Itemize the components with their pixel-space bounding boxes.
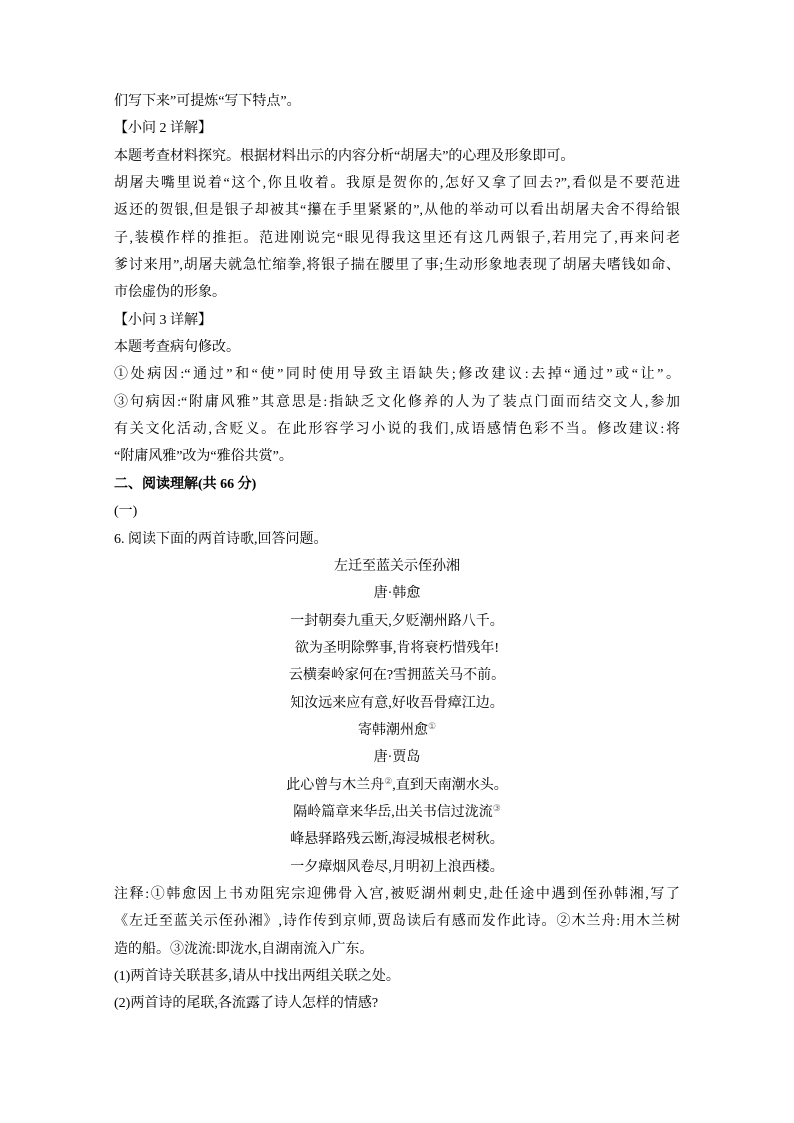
poem-2-title: 寄韩潮州愈①: [114, 717, 680, 744]
text-run: 爹讨来用”,胡屠夫就急忙缩拳,将银子揣在腰里了事;生动形象地表现了胡屠夫嗜钱如命…: [114, 258, 680, 273]
text-run: 们写下来”可提炼“写下特点”。: [114, 94, 301, 109]
question-6-stem: 6. 阅读下面的两首诗歌,回答问题。: [114, 526, 680, 553]
answer-paragraph-line: 市侩虚伪的形象。: [114, 279, 680, 306]
text-run: (1)两首诗关联甚多,请从中找出两组关联之处。: [114, 969, 400, 984]
text-run: 隔岭篇章来华岳,出关书信过泷流: [293, 805, 493, 820]
poem-notes-line: 注释:①韩愈因上书劝阻宪宗迎佛骨入宫,被贬湖州刺史,赴任途中遇到侄孙韩湘,写了: [114, 881, 680, 908]
text-run: 寄韩潮州愈: [358, 723, 428, 738]
question-6-sub-1: (1)两首诗关联甚多,请从中找出两组关联之处。: [114, 963, 680, 990]
text-run: 市侩虚伪的形象。: [114, 285, 226, 300]
text-run: 6. 阅读下面的两首诗歌,回答问题。: [114, 532, 328, 547]
answer-paragraph-line: 本题考查材料探究。根据材料出示的内容分析“胡屠夫”的心理及形象即可。: [114, 143, 680, 170]
answer-paragraph-line: 本题考查病句修改。: [114, 334, 680, 361]
text-run: 子,装模作样的推拒。范进刚说完“眼见得我这里还有这几两银子,若用完了,再来问老: [114, 231, 680, 246]
text-run: 一夕瘴烟风卷尽,月明初上浪西楼。: [290, 860, 504, 875]
part-1-label: (一): [114, 498, 680, 525]
text-run: (2)两首诗的尾联,各流露了诗人怎样的情感?: [114, 996, 378, 1011]
poem-notes-line: 造的船。③泷流:即泷水,自湖南流入广东。: [114, 936, 680, 963]
answer-continuation-line: 们写下来”可提炼“写下特点”。: [114, 88, 680, 115]
text-run: 本题考查材料探究。根据材料出示的内容分析“胡屠夫”的心理及形象即可。: [114, 149, 574, 164]
text-run: 注释:①韩愈因上书劝阻宪宗迎佛骨入宫,被贬湖州刺史,赴任途中遇到侄孙韩湘,写了: [114, 887, 680, 902]
text-run: 一封朝奏九重天,夕贬潮州路八千。: [290, 614, 504, 629]
text-run: 此心曾与木兰舟: [286, 778, 384, 793]
text-run: 云横秦岭家何在?雪拥蓝关马不前。: [289, 668, 505, 683]
text-run: “附庸风雅”改为“雅俗共赏”。: [114, 449, 293, 464]
text-run: ,直到天南潮水头。: [392, 778, 508, 793]
answer-paragraph-line: 子,装模作样的推拒。范进刚说完“眼见得我这里还有这几两银子,若用完了,再来问老: [114, 225, 680, 252]
document-page: 们写下来”可提炼“写下特点”。【小问 2 详解】本题考查材料探究。根据材料出示的…: [0, 0, 794, 1123]
text-run: 本题考查病句修改。: [114, 340, 240, 355]
text-run: 唐·贾岛: [374, 750, 421, 765]
poem-1-author: 唐·韩愈: [114, 580, 680, 607]
answer-paragraph-line: “附庸风雅”改为“雅俗共赏”。: [114, 443, 680, 470]
text-run: ③句病因:“附庸风雅”其意思是:指缺乏文化修养的人为了装点门面而结交文人,参加: [114, 395, 680, 410]
poem-2-line: 峰悬驿路残云断,海浸城根老树秋。: [114, 826, 680, 853]
text-run: ①处病因:“通过”和“使”同时使用导致主语缺失;修改建议:去掉“通过”或“让”。: [114, 367, 680, 382]
text-block: 们写下来”可提炼“写下特点”。【小问 2 详解】本题考查材料探究。根据材料出示的…: [114, 88, 680, 1018]
poem-1-line: 云横秦岭家何在?雪拥蓝关马不前。: [114, 662, 680, 689]
answer-paragraph-line: 胡屠夫嘴里说着“这个,你且收着。我原是贺你的,怎好又拿了回去?”,看似是不要范进: [114, 170, 680, 197]
answer-paragraph-line: 有关文化活动,含贬义。在此形容学习小说的我们,成语感情色彩不当。修改建议:将: [114, 416, 680, 443]
footnote-marker: ①: [428, 721, 436, 731]
text-run: 二、阅读理解(共 66 分): [114, 477, 256, 492]
poem-notes-line: 《左迁至蓝关示侄孙湘》,诗作传到京师,贾岛读后有感而发作此诗。②木兰舟:用木兰树: [114, 908, 680, 935]
subquestion-2-heading: 【小问 2 详解】: [114, 115, 680, 142]
text-run: 欲为圣明除弊事,肯将衰朽惜残年!: [295, 641, 499, 656]
text-run: 有关文化活动,含贬义。在此形容学习小说的我们,成语感情色彩不当。修改建议:将: [114, 422, 680, 437]
answer-paragraph-line: ①处病因:“通过”和“使”同时使用导致主语缺失;修改建议:去掉“通过”或“让”。: [114, 361, 680, 388]
text-run: 胡屠夫嘴里说着“这个,你且收着。我原是贺你的,怎好又拿了回去?”,看似是不要范进: [114, 176, 680, 191]
poem-2-line: 一夕瘴烟风卷尽,月明初上浪西楼。: [114, 854, 680, 881]
footnote-marker: ③: [493, 803, 501, 813]
text-run: 【小问 3 详解】: [114, 313, 212, 328]
poem-1-title: 左迁至蓝关示侄孙湘: [114, 553, 680, 580]
poem-2-line: 此心曾与木兰舟②,直到天南潮水头。: [114, 772, 680, 799]
poem-2-author: 唐·贾岛: [114, 744, 680, 771]
answer-paragraph-line: 爹讨来用”,胡屠夫就急忙缩拳,将银子揣在腰里了事;生动形象地表现了胡屠夫嗜钱如命…: [114, 252, 680, 279]
answer-paragraph-line: ③句病因:“附庸风雅”其意思是:指缺乏文化修养的人为了装点门面而结交文人,参加: [114, 389, 680, 416]
poem-1-line: 欲为圣明除弊事,肯将衰朽惜残年!: [114, 635, 680, 662]
text-run: 返还的贺银,但是银子却被其“攥在手里紧紧的”,从他的举动可以看出胡屠夫舍不得给银: [114, 203, 680, 218]
question-6-sub-2: (2)两首诗的尾联,各流露了诗人怎样的情感?: [114, 990, 680, 1017]
text-run: 知汝远来应有意,好收吾骨瘴江边。: [290, 696, 504, 711]
subquestion-3-heading: 【小问 3 详解】: [114, 307, 680, 334]
text-run: 唐·韩愈: [374, 586, 421, 601]
poem-1-line: 一封朝奏九重天,夕贬潮州路八千。: [114, 608, 680, 635]
text-run: 《左迁至蓝关示侄孙湘》,诗作传到京师,贾岛读后有感而发作此诗。②木兰舟:用木兰树: [114, 914, 680, 929]
poem-1-line: 知汝远来应有意,好收吾骨瘴江边。: [114, 690, 680, 717]
text-run: 峰悬驿路残云断,海浸城根老树秋。: [290, 832, 504, 847]
answer-paragraph-line: 返还的贺银,但是银子却被其“攥在手里紧紧的”,从他的举动可以看出胡屠夫舍不得给银: [114, 197, 680, 224]
poem-2-line: 隔岭篇章来华岳,出关书信过泷流③: [114, 799, 680, 826]
text-run: (一): [114, 504, 137, 519]
text-run: 造的船。③泷流:即泷水,自湖南流入广东。: [114, 942, 373, 957]
text-run: 【小问 2 详解】: [114, 121, 212, 136]
text-run: 左迁至蓝关示侄孙湘: [334, 559, 460, 574]
section-2-heading: 二、阅读理解(共 66 分): [114, 471, 680, 498]
